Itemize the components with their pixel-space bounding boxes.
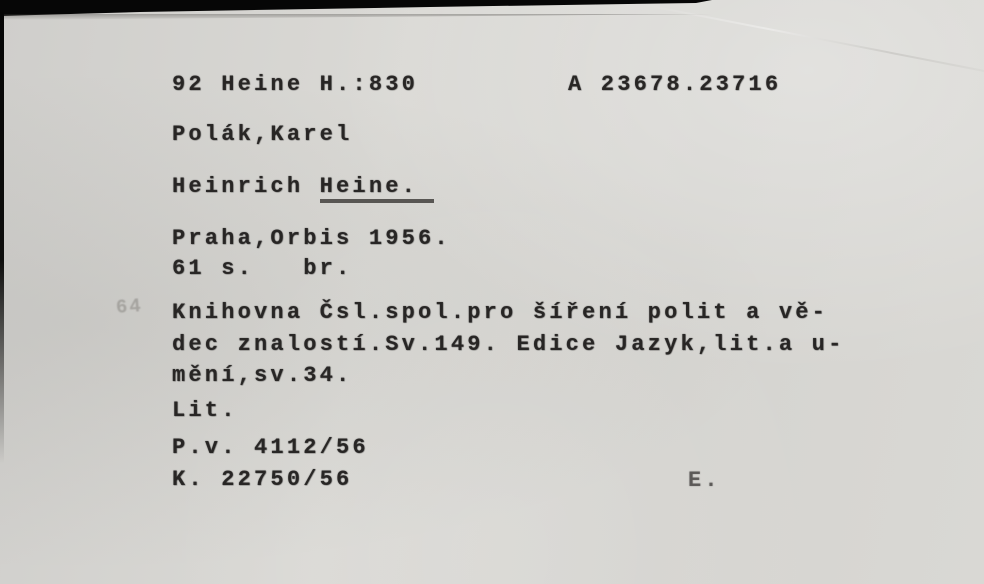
title-prefix: Heinrich [172,174,320,199]
title-line: Heinrich Heine. [172,174,434,199]
series-note-line-2: dec znalostí.Sv.149. Edice Jazyk,lit.a u… [172,332,845,357]
series-note-line-1: Knihovna Čsl.spol.pro šíření polit a vě- [172,300,828,325]
title-underlined: Heine. [320,174,434,203]
literature-note: Lit. [172,398,238,423]
imprint-line: Praha,Orbis 1956. [172,226,451,251]
pencil-mark: 64 [115,295,143,319]
series-note-line-3: mění,sv.34. [172,363,352,388]
pv-number: P.v. 4112/56 [172,435,369,460]
k-number: K. 22750/56 [172,467,352,492]
collation-line: 61 s. br. [172,256,352,281]
cataloguer-initial: E. [688,468,721,493]
call-number: 92 Heine H.:830 [172,72,418,97]
catalog-card: 92 Heine H.:830 A 23678.23716 Polák,Kare… [0,0,984,584]
accession-number: A 23678.23716 [568,72,781,97]
author-line: Polák,Karel [172,122,352,147]
catalog-card-scan: 92 Heine H.:830 A 23678.23716 Polák,Kare… [0,0,984,584]
